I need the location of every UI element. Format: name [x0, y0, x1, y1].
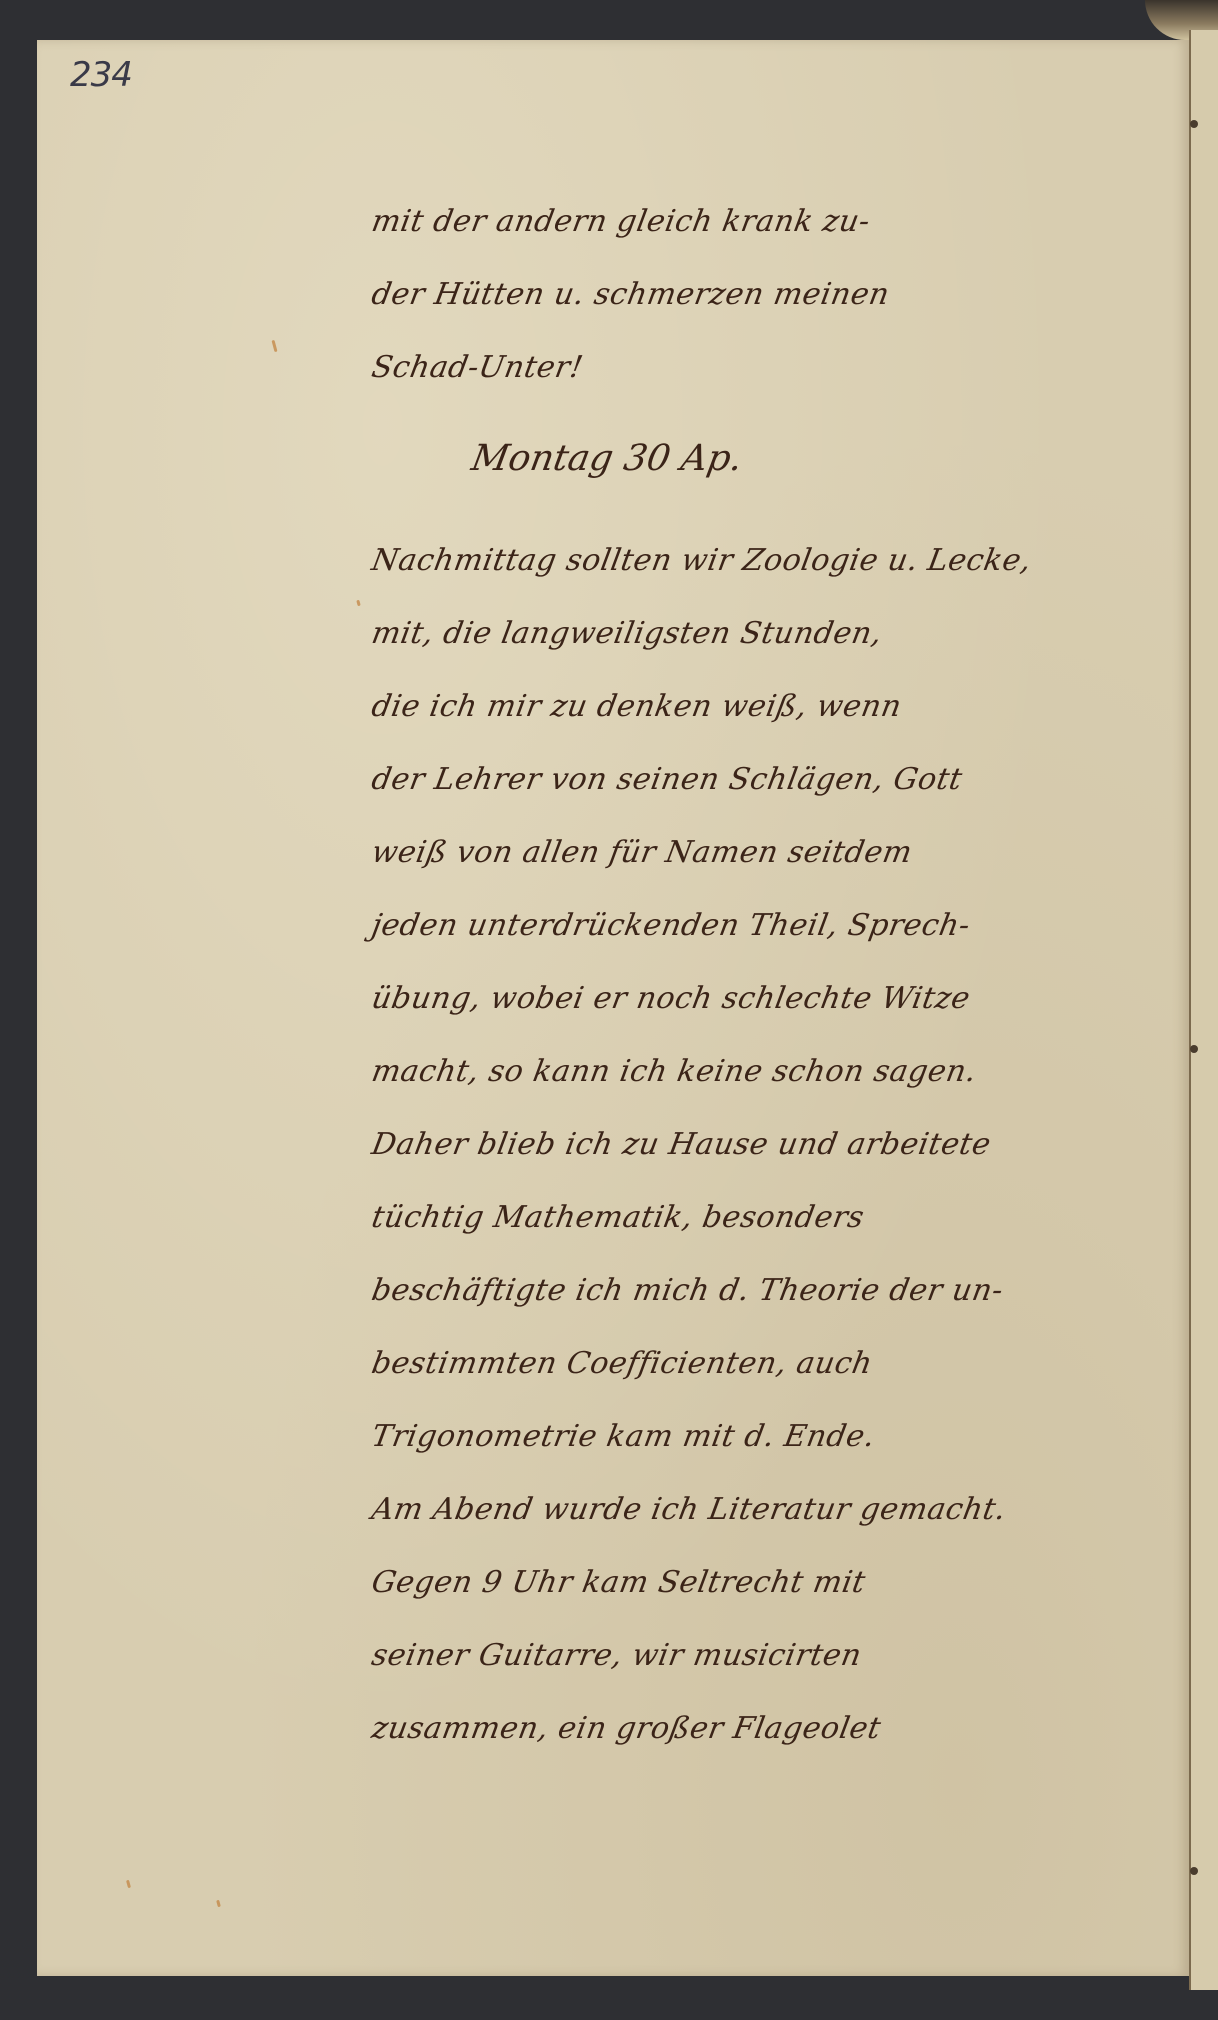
paper-fleck [216, 1900, 221, 1908]
text-line: mit der andern gleich krank zu- [366, 185, 1159, 258]
binding-hole [1190, 1045, 1198, 1053]
text-line: der Hütten u. schmerzen meinen [366, 258, 1159, 331]
entry-date-heading: Montag 30 Ap. [362, 404, 1161, 514]
text-line: Schad-Unter! [366, 331, 1159, 404]
text-line: weiß von allen für Namen seitdem [366, 816, 1159, 889]
text-line: tüchtig Mathematik, besonders [366, 1181, 1159, 1254]
text-line: bestimmten Coefficienten, auch [366, 1327, 1159, 1400]
paper-fleck [356, 600, 360, 607]
text-line: übung, wobei er noch schlechte Witze [366, 962, 1159, 1035]
text-line: beschäftigte ich mich d. Theorie der un- [366, 1254, 1159, 1327]
text-line: Am Abend wurde ich Literatur gemacht. [366, 1473, 1159, 1546]
text-line: seiner Guitarre, wir musicirten [366, 1619, 1159, 1692]
text-line: Trigonometrie kam mit d. Ende. [366, 1400, 1159, 1473]
folio-number: 234 [70, 55, 132, 95]
text-line: mit, die langweiligsten Stunden, [366, 597, 1159, 670]
text-line: Daher blieb ich zu Hause und arbeitete [366, 1108, 1159, 1181]
manuscript-text: mit der andern gleich krank zu- der Hütt… [372, 185, 1152, 1765]
text-line: die ich mir zu denken weiß, wenn [366, 670, 1159, 743]
binding-hole [1190, 1867, 1198, 1875]
text-line: Nachmittag sollten wir Zoologie u. Lecke… [366, 524, 1159, 597]
text-line: jeden unterdrückenden Theil, Sprech- [366, 889, 1159, 962]
paper-fleck [126, 1880, 131, 1889]
text-line: der Lehrer von seinen Schlägen, Gott [366, 743, 1159, 816]
binding-hole [1190, 120, 1198, 128]
facing-page-edge [1189, 30, 1218, 1990]
paper-fleck [271, 340, 277, 352]
text-line: Gegen 9 Uhr kam Seltrecht mit [366, 1546, 1159, 1619]
text-line: zusammen, ein großer Flageolet [366, 1692, 1159, 1765]
text-line: macht, so kann ich keine schon sagen. [366, 1035, 1159, 1108]
